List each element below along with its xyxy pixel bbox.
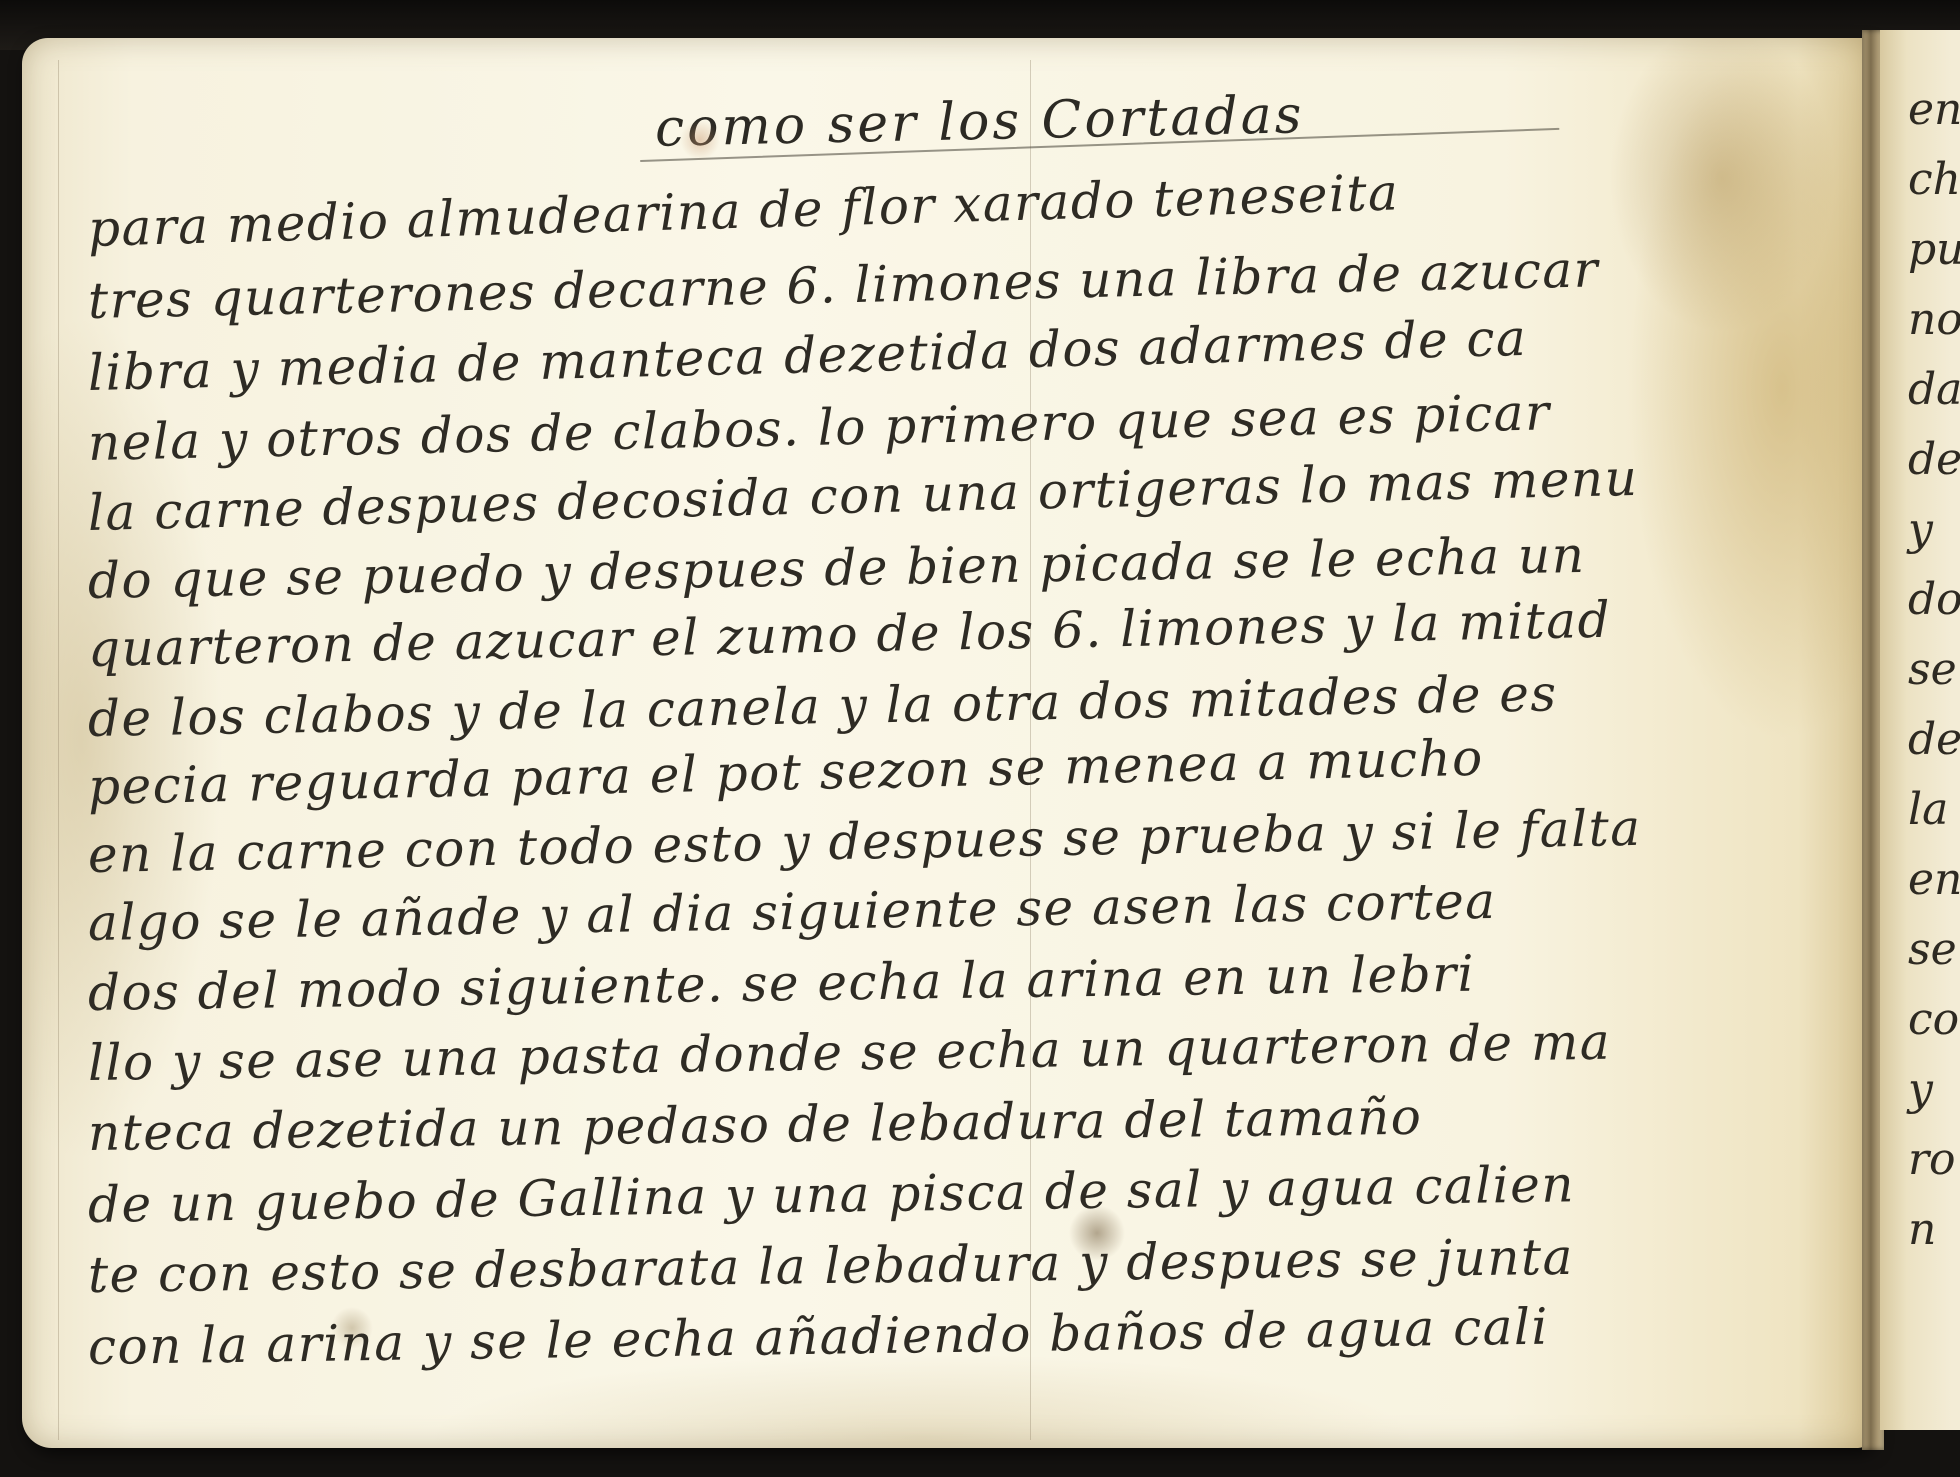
margin-rule-left xyxy=(58,60,59,1440)
facing-fragment: cho xyxy=(1908,154,1960,224)
facing-fragment: en xyxy=(1908,84,1960,154)
facing-fragment: y xyxy=(1908,504,1960,574)
facing-page-text: en cho pu no da de y do se de la en se c… xyxy=(1908,84,1960,1274)
ink-stain xyxy=(680,120,720,160)
facing-fragment: co xyxy=(1908,994,1960,1064)
facing-fragment: y xyxy=(1908,1064,1960,1134)
facing-fragment: do xyxy=(1908,574,1960,644)
facing-fragment: no xyxy=(1908,294,1960,364)
facing-fragment: en xyxy=(1908,854,1960,924)
facing-fragment: n xyxy=(1908,1204,1960,1274)
facing-fragment: da xyxy=(1908,364,1960,434)
facing-fragment: de xyxy=(1908,434,1960,504)
facing-fragment: la xyxy=(1908,784,1960,854)
facing-fragment: se xyxy=(1908,644,1960,714)
facing-fragment: de xyxy=(1908,714,1960,784)
facing-fragment: se xyxy=(1908,924,1960,994)
facing-fragment: ro xyxy=(1908,1134,1960,1204)
facing-fragment: pu xyxy=(1908,224,1960,294)
